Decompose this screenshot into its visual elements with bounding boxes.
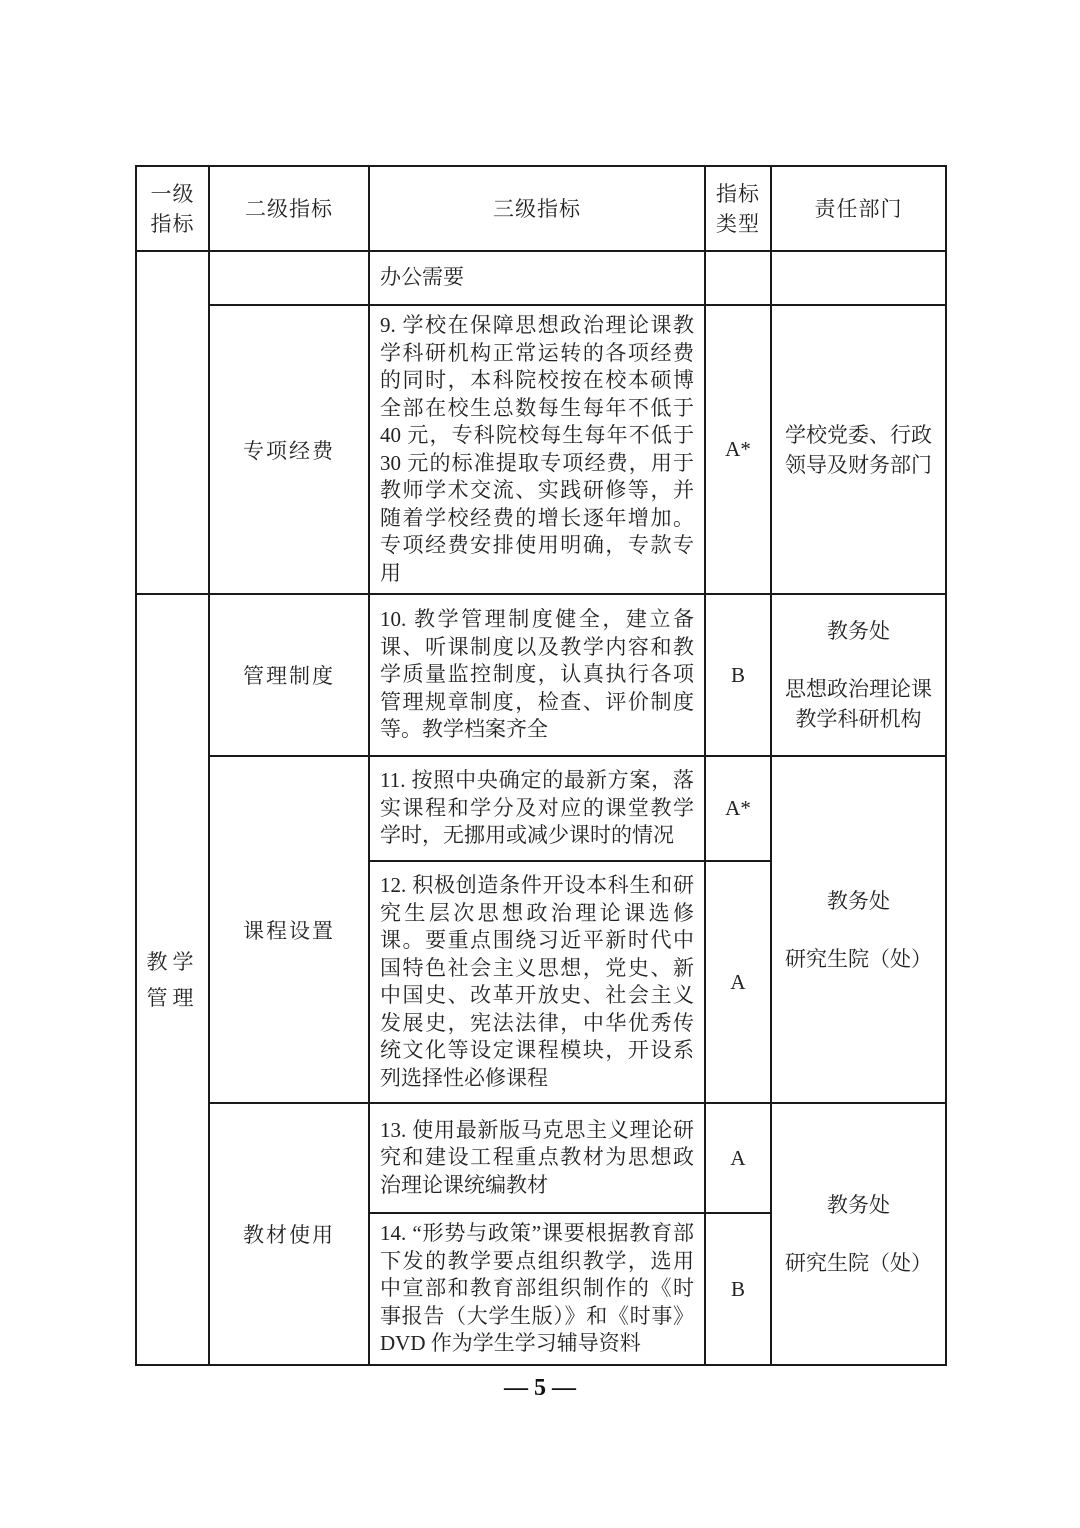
cell-indicator-item14: 14. “形势与政策”课要根据教育部下发的教学要点组织教学，选用中宣部和教育部组…: [369, 1213, 705, 1365]
cell-indicator-item11: 11. 按照中央确定的最新方案，落实课程和学分及对应的课堂教学学时，无挪用或减少…: [369, 756, 705, 861]
cell-type-item12: A: [705, 861, 771, 1103]
cell-dept-item11-12: 教务处 研究生院（处）: [771, 756, 946, 1103]
cell-type-item13: A: [705, 1103, 771, 1213]
cell-level2-curriculum: 课程设置: [209, 756, 369, 1103]
document-page: 一级指标 二级指标 三级指标 指标类型 责任部门 办公需要 专项经费 9. 学校…: [0, 0, 1080, 1528]
cell-indicator-item13: 13. 使用最新版马克思主义理论研究和建设工程重点教材为思想政治理论课统编教材: [369, 1103, 705, 1213]
cell-level1-teaching-management: 教学管理: [136, 594, 209, 1365]
dept-line: 教务处: [780, 1190, 937, 1220]
page-number: — 5 —: [0, 1375, 1080, 1402]
table-row-item11: 课程设置 11. 按照中央确定的最新方案，落实课程和学分及对应的课堂教学学时，无…: [136, 756, 946, 861]
dept-line: 教务处: [780, 616, 937, 646]
cell-type-item10: B: [705, 594, 771, 756]
table-row-item10: 教学管理 管理制度 10. 教学管理制度健全，建立备课、听课制度以及教学内容和教…: [136, 594, 946, 756]
table-header-row: 一级指标 二级指标 三级指标 指标类型 责任部门: [136, 166, 946, 251]
cell-level2-management-system: 管理制度: [209, 594, 369, 756]
dept-line: 学校党委、行政领导及财务部门: [780, 420, 937, 480]
cell-level1-empty: [136, 251, 209, 594]
cell-dept-item13-14: 教务处 研究生院（处）: [771, 1103, 946, 1365]
cell-dept-empty: [771, 251, 946, 305]
cell-indicator-item12: 12. 积极创造条件开设本科生和研究生层次思想政治理论课选修课。要重点围绕习近平…: [369, 861, 705, 1103]
cell-type-item14: B: [705, 1213, 771, 1365]
table-row-continuation: 办公需要: [136, 251, 946, 305]
table-row-item9: 专项经费 9. 学校在保障思想政治理论课教学科研机构正常运转的各项经费的同时，本…: [136, 305, 946, 594]
cell-level2-empty: [209, 251, 369, 305]
header-department: 责任部门: [771, 166, 946, 251]
cell-dept-item9: 学校党委、行政领导及财务部门: [771, 305, 946, 594]
indicator-table: 一级指标 二级指标 三级指标 指标类型 责任部门 办公需要 专项经费 9. 学校…: [135, 165, 947, 1366]
dept-line: 思想政治理论课教学科研机构: [780, 674, 937, 734]
dept-line: 教务处: [780, 886, 937, 916]
cell-type-empty: [705, 251, 771, 305]
cell-type-item11: A*: [705, 756, 771, 861]
cell-indicator-continuation: 办公需要: [369, 251, 705, 305]
header-type: 指标类型: [705, 166, 771, 251]
cell-level2-textbook: 教材使用: [209, 1103, 369, 1365]
dept-line: 研究生院（处）: [780, 944, 937, 974]
header-level1: 一级指标: [136, 166, 209, 251]
cell-dept-item10: 教务处 思想政治理论课教学科研机构: [771, 594, 946, 756]
cell-indicator-item9: 9. 学校在保障思想政治理论课教学科研机构正常运转的各项经费的同时，本科院校按在…: [369, 305, 705, 594]
header-level2: 二级指标: [209, 166, 369, 251]
dept-line: 研究生院（处）: [780, 1248, 937, 1278]
header-level3: 三级指标: [369, 166, 705, 251]
cell-level2-special-funds: 专项经费: [209, 305, 369, 594]
cell-type-item9: A*: [705, 305, 771, 594]
cell-indicator-item10: 10. 教学管理制度健全，建立备课、听课制度以及教学内容和教学质量监控制度，认真…: [369, 594, 705, 756]
table-row-item13: 教材使用 13. 使用最新版马克思主义理论研究和建设工程重点教材为思想政治理论课…: [136, 1103, 946, 1213]
